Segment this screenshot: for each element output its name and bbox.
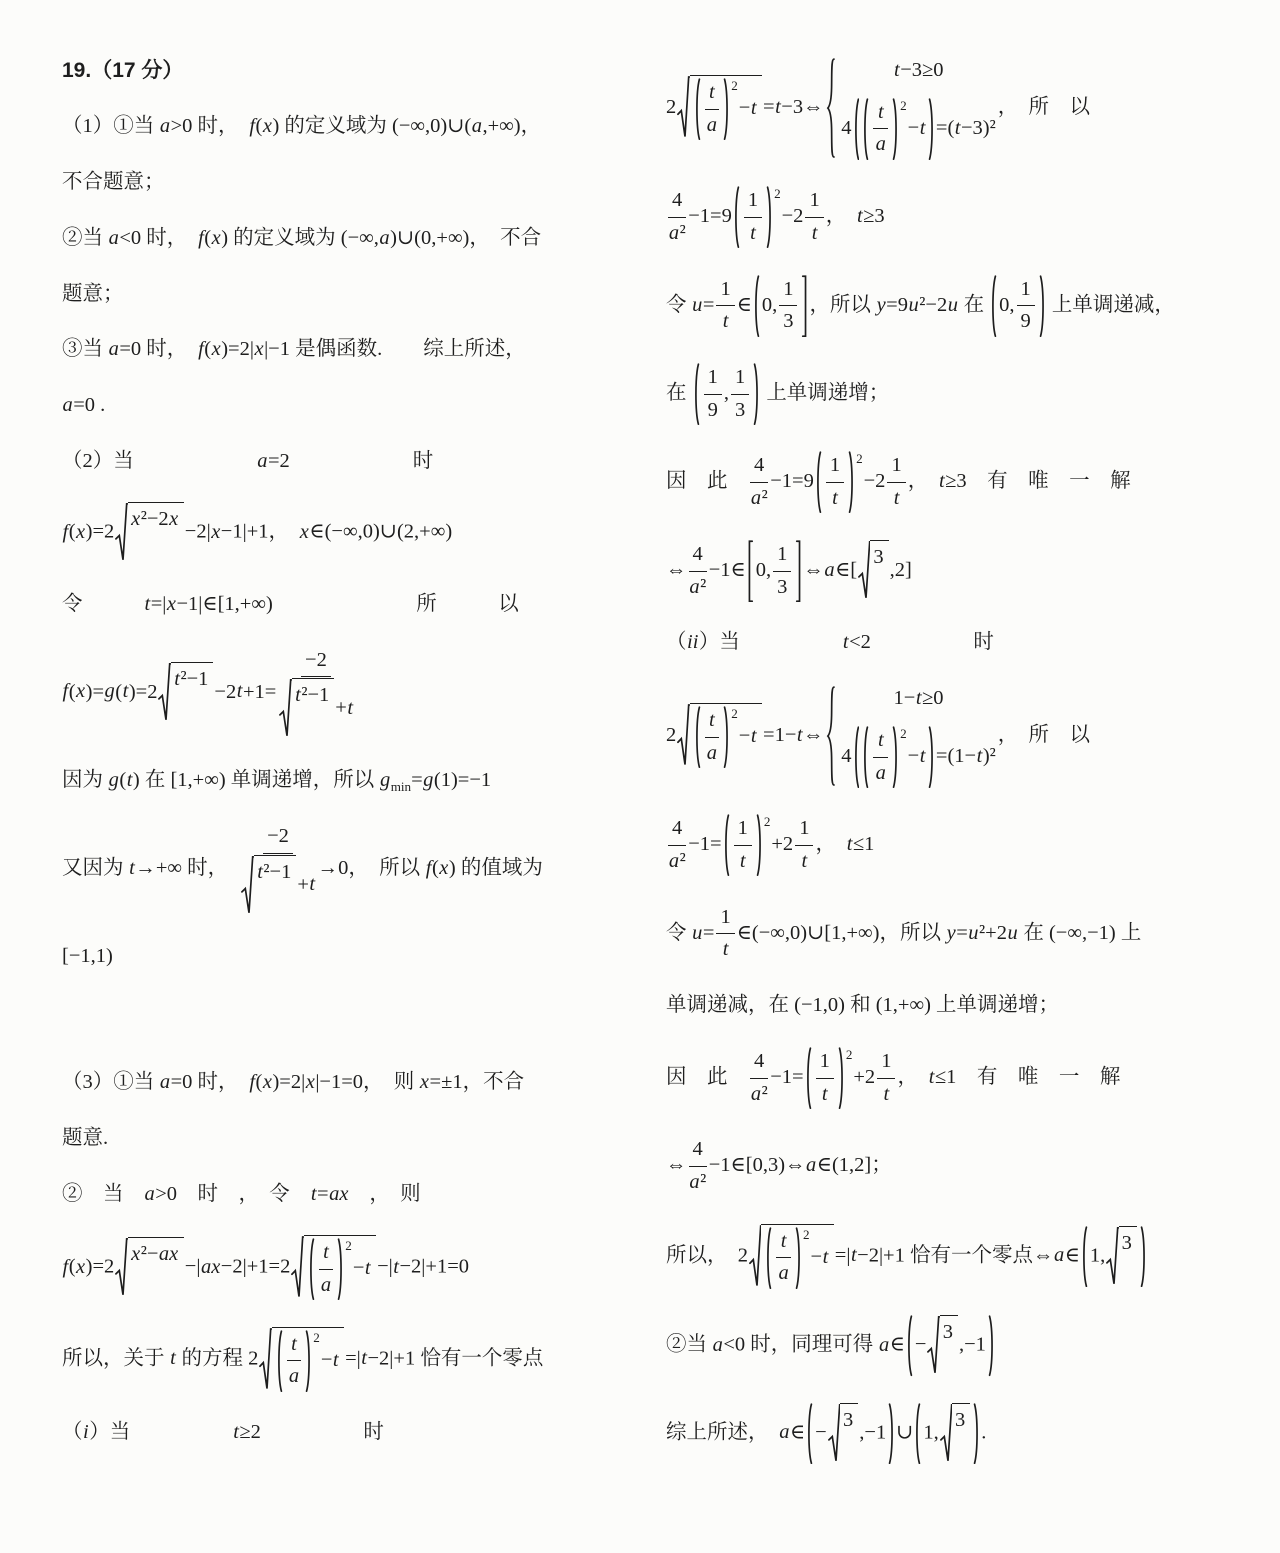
stretchy-delimiter bbox=[928, 726, 935, 788]
stretchy-delimiter bbox=[906, 1315, 913, 1376]
stretchy-delimiter bbox=[848, 451, 855, 513]
square-root: 3 bbox=[940, 1403, 971, 1464]
stretchy-delimiter bbox=[766, 186, 773, 248]
stretchy-delimiter bbox=[723, 706, 730, 768]
stretchy-delimiter bbox=[747, 540, 754, 602]
delimited-group: 1t2 bbox=[805, 1047, 853, 1109]
math-line: 在 19,13 上单调递增； bbox=[666, 363, 1240, 425]
stretchy-delimiter bbox=[693, 363, 700, 425]
stretchy-delimiter bbox=[892, 726, 899, 788]
radical-sign bbox=[1106, 1226, 1118, 1287]
stretchy-delimiter bbox=[753, 275, 760, 337]
subscript: min bbox=[391, 779, 411, 794]
math-line: f(x)=2x²−2x−2|x−1|+1， x∈(−∞,0)∪(2,+∞) bbox=[62, 502, 636, 563]
stretchy-delimiter bbox=[892, 98, 899, 160]
math-line: 4a²−1=1t2+21t， t≤1 bbox=[666, 814, 1240, 876]
radical-sign bbox=[677, 703, 689, 768]
math-line: （1）①当 a>0 时， f(x) 的定义域为 (−∞,0)∪(a,+∞)， bbox=[62, 112, 636, 142]
fraction: 4a² bbox=[668, 186, 686, 248]
exponent: 2 bbox=[846, 1045, 853, 1064]
radical-sign bbox=[115, 1237, 127, 1298]
square-root: ta2−t bbox=[749, 1224, 834, 1289]
fraction: ta bbox=[705, 78, 720, 140]
fraction: 4a² bbox=[689, 1135, 707, 1197]
stretchy-delimiter bbox=[801, 275, 808, 337]
fraction: 13 bbox=[731, 363, 749, 425]
math-line: ③当 a=0 时， f(x)=2|x|−1 是偶函数. 综上所述， bbox=[62, 335, 636, 365]
scanned-solution-page: 19.（17 分）（1）①当 a>0 时， f(x) 的定义域为 (−∞,0)∪… bbox=[0, 0, 1280, 1553]
square-root: ta2−t bbox=[291, 1235, 376, 1300]
delimited-group: 1,3 bbox=[1081, 1226, 1147, 1287]
stretchy-delimiter bbox=[914, 1403, 921, 1464]
stretchy-delimiter bbox=[826, 56, 837, 160]
stretchy-delimiter bbox=[862, 98, 869, 160]
radical-sign bbox=[241, 855, 253, 916]
stretchy-delimiter bbox=[1081, 1226, 1088, 1287]
math-line: ⇔4a²−1∈[0,3)⇔a∈(1,2]； bbox=[666, 1135, 1240, 1197]
math-line: （i）当 t≥2 时 bbox=[62, 1418, 636, 1448]
fraction: −2t²−1+t bbox=[240, 822, 315, 916]
delimited-group: ta2−t bbox=[853, 726, 935, 788]
fraction: 1t bbox=[826, 451, 844, 513]
stretchy-delimiter bbox=[862, 726, 869, 788]
stretchy-delimiter bbox=[806, 1403, 813, 1464]
stretchy-delimiter bbox=[723, 78, 730, 140]
delimited-group: 0,13 bbox=[753, 275, 809, 337]
math-line: 因 此 4a²−1=91t2−21t， t≥3 有 唯 一 解 bbox=[666, 451, 1240, 513]
stretchy-delimiter bbox=[308, 1238, 315, 1300]
cases-system: 1−t≥04ta2−t=(1−t)² bbox=[826, 684, 996, 788]
stretchy-delimiter bbox=[305, 1330, 312, 1392]
math-line: [−1,1) bbox=[62, 942, 636, 972]
right-column: 2ta2−t=t−3⇔t−3≥04ta2−t=(t−3)²， 所 以4a²−1=… bbox=[666, 30, 1240, 1553]
delimited-group: 1,3 bbox=[914, 1403, 980, 1464]
exponent: 2 bbox=[856, 449, 863, 468]
math-line: 不合题意； bbox=[62, 168, 636, 198]
stretchy-delimiter bbox=[988, 1315, 995, 1376]
radical-sign bbox=[115, 502, 127, 563]
square-root: t²−1 bbox=[158, 662, 213, 723]
stretchy-delimiter bbox=[888, 1403, 895, 1464]
stretchy-delimiter bbox=[723, 814, 730, 876]
fraction: 1t bbox=[816, 1047, 834, 1109]
math-line: （3）①当 a=0 时， f(x)=2|x|−1=0， 则 x=±1，不合 bbox=[62, 1068, 636, 1098]
fraction: ta bbox=[705, 706, 720, 768]
fraction: 19 bbox=[704, 363, 722, 425]
radical-sign bbox=[927, 1315, 939, 1376]
delimited-group: 1t2 bbox=[723, 814, 771, 876]
fraction: 1t bbox=[734, 814, 752, 876]
math-line: ②当 a<0 时， f(x) 的定义域为 (−∞,a)∪(0,+∞)， 不合 bbox=[62, 224, 636, 254]
square-root: 3 bbox=[858, 540, 889, 601]
exponent: 2 bbox=[764, 812, 771, 831]
stretchy-delimiter bbox=[826, 684, 837, 788]
exponent: 2 bbox=[345, 1236, 352, 1255]
stretchy-delimiter bbox=[853, 98, 860, 160]
math-line: 4a²−1=91t2−21t， t≥3 bbox=[666, 186, 1240, 248]
fraction: ta bbox=[873, 726, 888, 788]
exponent: 2 bbox=[313, 1328, 320, 1347]
math-line: 因为 g(t) 在 [1,+∞) 单调递增，所以 gmin=g(1)=−1 bbox=[62, 766, 636, 796]
square-root: 3 bbox=[1106, 1226, 1137, 1287]
math-line: 2ta2−t=1−t⇔1−t≥04ta2−t=(1−t)²， 所 以 bbox=[666, 684, 1240, 788]
delimited-group: ta2 bbox=[862, 726, 906, 788]
fraction: 4a² bbox=[668, 814, 686, 876]
fraction: 13 bbox=[779, 275, 797, 337]
delimited-group: −3,−1 bbox=[806, 1403, 895, 1464]
stretchy-delimiter bbox=[973, 1403, 980, 1464]
square-root: t²−1 bbox=[241, 855, 296, 916]
math-line: ⇔4a²−1∈0,13⇔a∈[3,2] bbox=[666, 540, 1240, 602]
fraction: ta bbox=[287, 1330, 302, 1392]
fraction: 1t bbox=[716, 275, 734, 337]
fraction: 13 bbox=[773, 540, 791, 602]
radical-sign bbox=[677, 75, 689, 140]
fraction: −2t²−1+t bbox=[278, 646, 353, 740]
fraction: 1t bbox=[887, 451, 905, 513]
stretchy-delimiter bbox=[805, 1047, 812, 1109]
fraction: ta bbox=[776, 1227, 791, 1289]
delimited-group: ta2 bbox=[694, 78, 738, 140]
square-root: x²−2x bbox=[115, 502, 183, 563]
delimited-group: 0,13 bbox=[747, 540, 803, 602]
math-line: a=0 . bbox=[62, 391, 636, 421]
delimited-group: −3,−1 bbox=[906, 1315, 995, 1376]
left-column: 19.（17 分）（1）①当 a>0 时， f(x) 的定义域为 (−∞,0)∪… bbox=[62, 30, 636, 1553]
square-root: 3 bbox=[828, 1403, 859, 1464]
math-line: （2）当 a=2 时 bbox=[62, 447, 636, 477]
fraction: 1t bbox=[877, 1047, 895, 1109]
stretchy-delimiter bbox=[337, 1238, 344, 1300]
stretchy-delimiter bbox=[928, 98, 935, 160]
math-line: 令 u=1t∈0,13，所以 y=9u²−2u 在 0,19 上单调递减， bbox=[666, 275, 1240, 337]
radical-sign bbox=[158, 662, 170, 723]
stretchy-delimiter bbox=[765, 1227, 772, 1289]
radical-sign bbox=[259, 1327, 271, 1392]
math-line: 令 u=1t∈(−∞,0)∪[1,+∞)，所以 y=u²+2u 在 (−∞,−1… bbox=[666, 903, 1240, 965]
fraction: 19 bbox=[1017, 275, 1035, 337]
stretchy-delimiter bbox=[694, 706, 701, 768]
math-line: 令 t=|x−1|∈[1,+∞) 所 以 bbox=[62, 590, 636, 620]
fraction: 1t bbox=[805, 186, 823, 248]
delimited-group: ta2 bbox=[308, 1238, 352, 1300]
radical-sign bbox=[279, 678, 291, 739]
math-line: 所以， 2ta2−t=|t−2|+1 恰有一个零点⇔a∈1,3 bbox=[666, 1224, 1240, 1289]
stretchy-delimiter bbox=[795, 1227, 802, 1289]
exponent: 2 bbox=[900, 96, 907, 115]
fraction: ta bbox=[319, 1238, 334, 1300]
stretchy-delimiter bbox=[1140, 1226, 1147, 1287]
delimited-group: ta2 bbox=[862, 98, 906, 160]
stretchy-delimiter bbox=[795, 540, 802, 602]
fraction: 4a² bbox=[750, 451, 768, 513]
fraction: 4a² bbox=[750, 1047, 768, 1109]
math-line: ② 当 a>0 时 ， 令 t=ax ， 则 bbox=[62, 1180, 636, 1210]
math-line: 因 此 4a²−1=1t2+21t， t≤1 有 唯 一 解 bbox=[666, 1047, 1240, 1109]
math-line: 2ta2−t=t−3⇔t−3≥04ta2−t=(t−3)²， 所 以 bbox=[666, 56, 1240, 160]
math-line: 题意； bbox=[62, 280, 636, 310]
delimited-group: 0,19 bbox=[990, 275, 1046, 337]
square-root: ta2−t bbox=[677, 75, 762, 140]
exponent: 2 bbox=[731, 704, 738, 723]
cases-system: t−3≥04ta2−t=(t−3)² bbox=[826, 56, 996, 160]
radical-sign bbox=[940, 1403, 952, 1464]
math-line: f(x)=g(t)=2t²−1−2t+1=−2t²−1+t bbox=[62, 646, 636, 740]
math-line: 又因为 t→+∞ 时， −2t²−1+t→0， 所以 f(x) 的值域为 bbox=[62, 822, 636, 916]
problem-heading: 19.（17 分） bbox=[62, 56, 636, 86]
delimited-group: ta2 bbox=[694, 706, 738, 768]
square-root: x²−ax bbox=[115, 1237, 183, 1298]
delimited-group: ta2−t bbox=[853, 98, 935, 160]
square-root: ta2−t bbox=[259, 1327, 344, 1392]
fraction: 1t bbox=[795, 814, 813, 876]
radical-sign bbox=[749, 1224, 761, 1289]
exponent: 2 bbox=[900, 724, 907, 743]
fraction: 1t bbox=[716, 903, 734, 965]
delimited-group: ta2 bbox=[276, 1330, 320, 1392]
stretchy-delimiter bbox=[853, 726, 860, 788]
stretchy-delimiter bbox=[753, 363, 760, 425]
math-line: 所以，关于 t 的方程 2ta2−t=|t−2|+1 恰有一个零点 bbox=[62, 1327, 636, 1392]
exponent: 2 bbox=[774, 184, 781, 203]
exponent: 2 bbox=[803, 1225, 810, 1244]
math-line: f(x)=2x²−ax−|ax−2|+1=2ta2−t−|t−2|+1=0 bbox=[62, 1235, 636, 1300]
delimited-group: 1t2 bbox=[815, 451, 863, 513]
math-line: 单调递减，在 (−1,0) 和 (1,+∞) 上单调递增； bbox=[666, 991, 1240, 1021]
fraction: 4a² bbox=[689, 540, 707, 602]
square-root: t²−1 bbox=[279, 678, 334, 739]
math-line: 综上所述， a∈−3,−1∪1,3. bbox=[666, 1403, 1240, 1464]
delimited-group: 1t2 bbox=[733, 186, 781, 248]
stretchy-delimiter bbox=[838, 1047, 845, 1109]
stretchy-delimiter bbox=[815, 451, 822, 513]
math-line: 题意. bbox=[62, 1124, 636, 1154]
exponent: 2 bbox=[731, 76, 738, 95]
radical-sign bbox=[291, 1235, 303, 1300]
math-line: （ii）当 t<2 时 bbox=[666, 628, 1240, 658]
stretchy-delimiter bbox=[276, 1330, 283, 1392]
stretchy-delimiter bbox=[990, 275, 997, 337]
fraction: ta bbox=[873, 98, 888, 160]
delimited-group: ta2 bbox=[765, 1227, 809, 1289]
stretchy-delimiter bbox=[756, 814, 763, 876]
fraction: 1t bbox=[744, 186, 762, 248]
stretchy-delimiter bbox=[733, 186, 740, 248]
radical-sign bbox=[828, 1403, 840, 1464]
stretchy-delimiter bbox=[1039, 275, 1046, 337]
square-root: ta2−t bbox=[677, 703, 762, 768]
delimited-group: 19,13 bbox=[693, 363, 761, 425]
radical-sign bbox=[858, 540, 870, 601]
math-line: ②当 a<0 时，同理可得 a∈−3,−1 bbox=[666, 1315, 1240, 1376]
square-root: 3 bbox=[927, 1315, 958, 1376]
stretchy-delimiter bbox=[694, 78, 701, 140]
